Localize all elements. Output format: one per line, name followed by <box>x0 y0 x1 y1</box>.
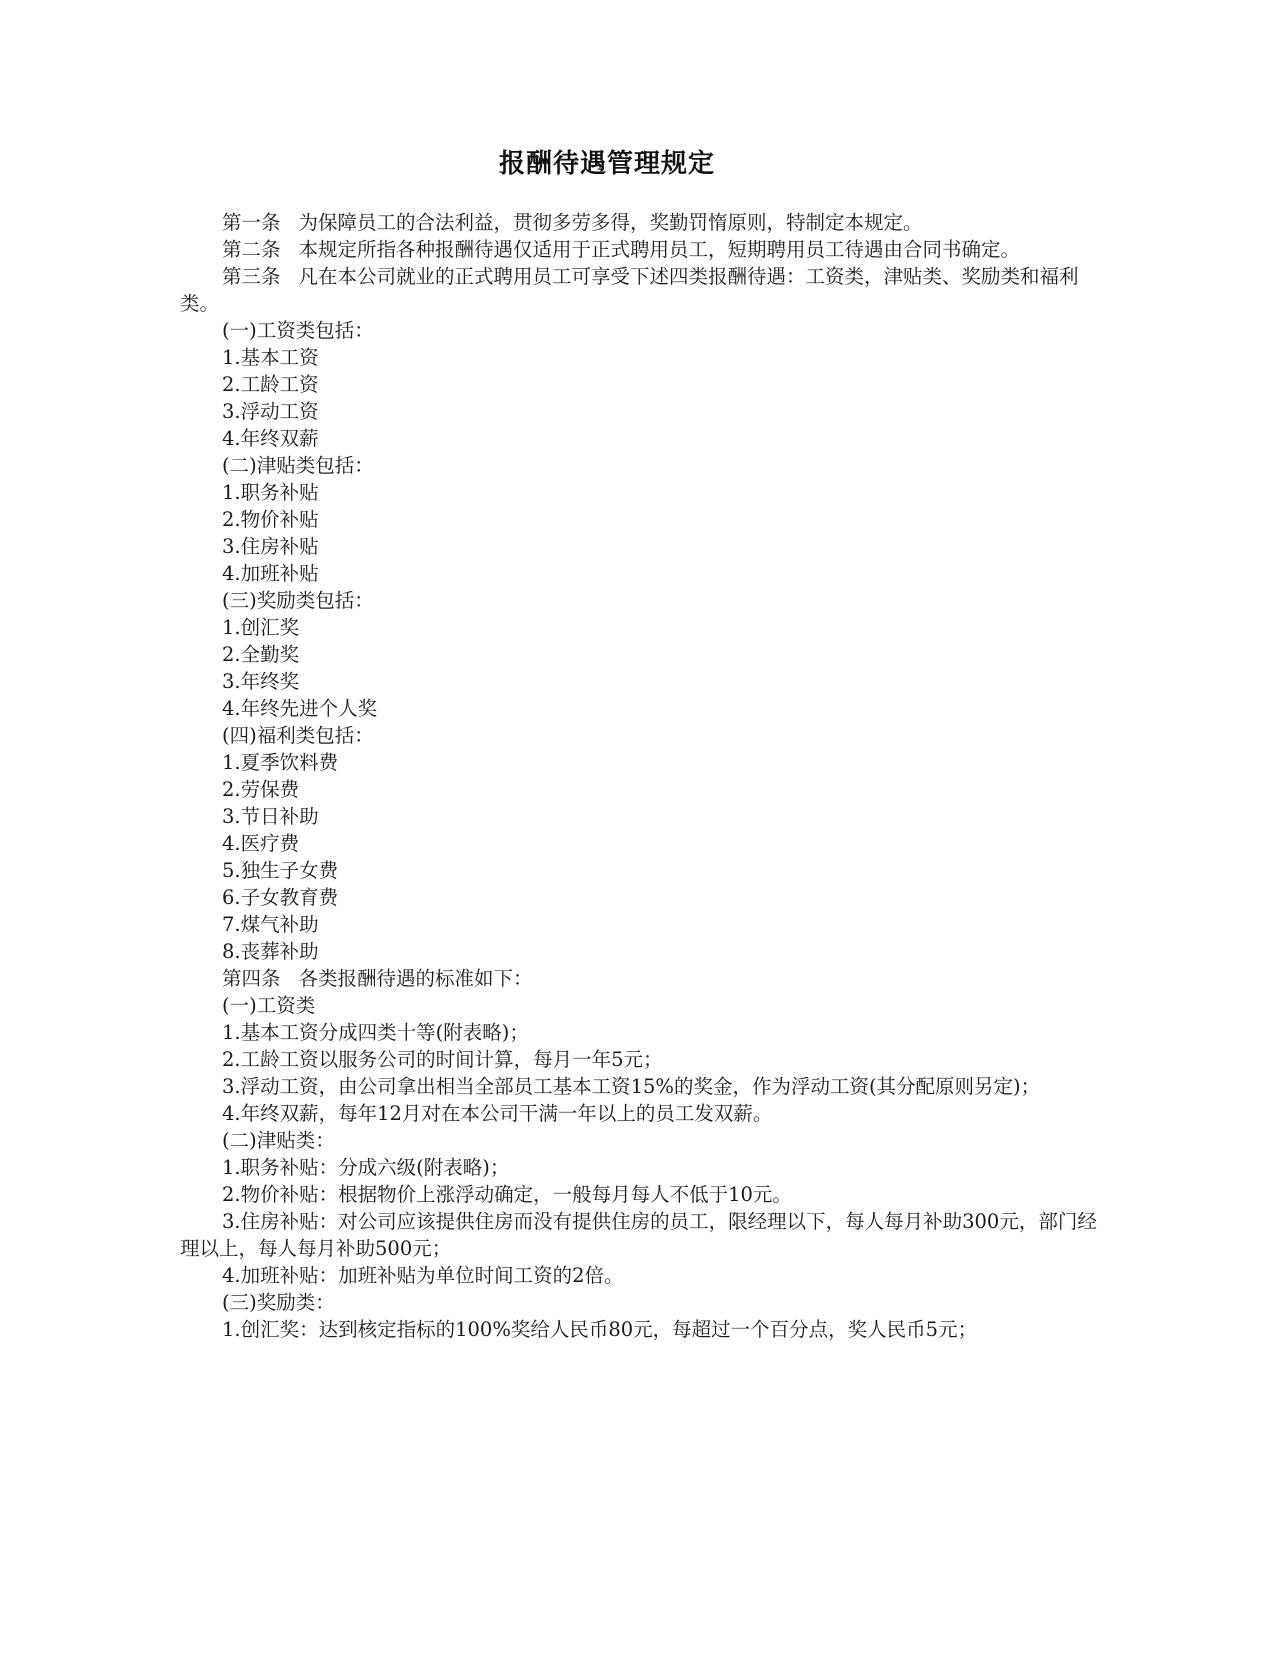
article-2: 第二条本规定所指各种报酬待遇仅适用于正式聘用员工，短期聘用员工待遇由合同书确定。 <box>180 236 1100 263</box>
article-number: 第二条 <box>222 238 281 261</box>
list-item: 2.全勤奖 <box>180 641 1100 668</box>
article-text: 为保障员工的合法利益，贯彻多劳多得，奖勤罚惰原则，特制定本规定。 <box>299 211 923 234</box>
article-text: 本规定所指各种报酬待遇仅适用于正式聘用员工，短期聘用员工待遇由合同书确定。 <box>299 238 1021 261</box>
list-item: 1.职务补贴 <box>180 479 1100 506</box>
standard-item: 2.物价补贴：根据物价上涨浮动确定，一般每月每人不低于10元。 <box>180 1181 1100 1208</box>
category-heading-bonus: (三)奖励类包括： <box>180 587 1100 614</box>
standard-item: 4.加班补贴：加班补贴为单位时间工资的2倍。 <box>180 1262 1100 1289</box>
list-item: 2.物价补贴 <box>180 506 1100 533</box>
standard-heading-allowance: (二)津贴类： <box>180 1127 1100 1154</box>
article-number: 第四条 <box>222 967 281 990</box>
list-item: 4.年终双薪 <box>180 425 1100 452</box>
article-1: 第一条为保障员工的合法利益，贯彻多劳多得，奖勤罚惰原则，特制定本规定。 <box>180 209 1100 236</box>
list-item: 1.夏季饮料费 <box>180 749 1100 776</box>
standard-item: 1.职务补贴：分成六级(附表略)； <box>180 1154 1100 1181</box>
article-number: 第一条 <box>222 211 281 234</box>
article-number: 第三条 <box>222 265 281 288</box>
article-4: 第四条各类报酬待遇的标准如下： <box>180 965 1100 992</box>
standard-heading-salary: (一)工资类 <box>180 992 1100 1019</box>
category-heading-salary: (一)工资类包括： <box>180 317 1100 344</box>
standard-item: 3.浮动工资，由公司拿出相当全部员工基本工资15%的奖金，作为浮动工资(其分配原… <box>180 1073 1100 1100</box>
article-text: 各类报酬待遇的标准如下： <box>299 967 533 990</box>
category-heading-allowance: (二)津贴类包括： <box>180 452 1100 479</box>
list-item: 1.基本工资 <box>180 344 1100 371</box>
category-heading-welfare: (四)福利类包括： <box>180 722 1100 749</box>
list-item: 2.工龄工资 <box>180 371 1100 398</box>
standard-item: 4.年终双薪，每年12月对在本公司干满一年以上的员工发双薪。 <box>180 1100 1100 1127</box>
list-item: 4.医疗费 <box>180 830 1100 857</box>
standard-item: 1.基本工资分成四类十等(附表略)； <box>180 1019 1100 1046</box>
list-item: 4.年终先进个人奖 <box>180 695 1100 722</box>
list-item: 7.煤气补助 <box>180 911 1100 938</box>
document-page: 报酬待遇管理规定 第一条为保障员工的合法利益，贯彻多劳多得，奖勤罚惰原则，特制定… <box>0 0 1280 1656</box>
standard-heading-bonus: (三)奖励类： <box>180 1289 1100 1316</box>
document-body: 第一条为保障员工的合法利益，贯彻多劳多得，奖勤罚惰原则，特制定本规定。 第二条本… <box>180 209 1100 1343</box>
list-item: 3.年终奖 <box>180 668 1100 695</box>
list-item: 8.丧葬补助 <box>180 938 1100 965</box>
list-item: 2.劳保费 <box>180 776 1100 803</box>
list-item: 1.创汇奖 <box>180 614 1100 641</box>
standard-item: 1.创汇奖：达到核定指标的100%奖给人民币80元，每超过一个百分点，奖人民币5… <box>180 1316 1100 1343</box>
list-item: 4.加班补贴 <box>180 560 1100 587</box>
document-title: 报酬待遇管理规定 <box>0 143 1214 180</box>
list-item: 3.浮动工资 <box>180 398 1100 425</box>
list-item: 6.子女教育费 <box>180 884 1100 911</box>
list-item: 3.节日补助 <box>180 803 1100 830</box>
standard-item: 2.工龄工资以服务公司的时间计算，每月一年5元； <box>180 1046 1100 1073</box>
standard-item: 3.住房补贴：对公司应该提供住房而没有提供住房的员工，限经理以下，每人每月补助3… <box>180 1208 1100 1262</box>
list-item: 3.住房补贴 <box>180 533 1100 560</box>
article-text: 凡在本公司就业的正式聘用员工可享受下述四类报酬待遇：工资类，津贴类、奖励类和福利… <box>180 265 1079 315</box>
list-item: 5.独生子女费 <box>180 857 1100 884</box>
article-3: 第三条凡在本公司就业的正式聘用员工可享受下述四类报酬待遇：工资类，津贴类、奖励类… <box>180 263 1100 317</box>
